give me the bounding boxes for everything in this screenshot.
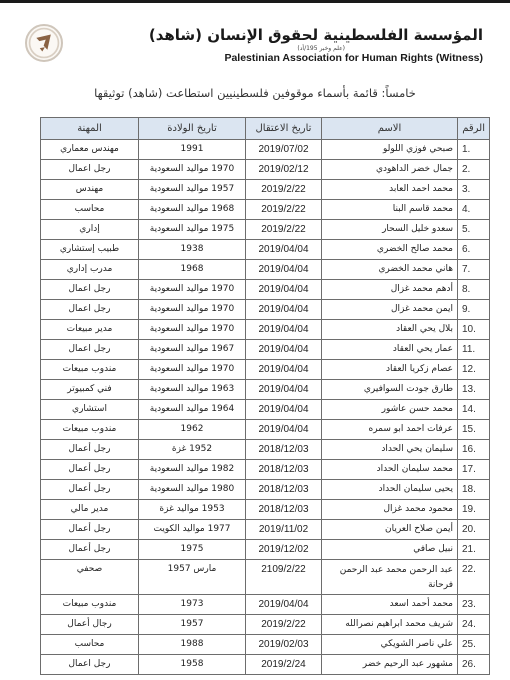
birth-info-cell: 1988 [139,635,246,655]
row-number-cell: 9. [458,300,490,320]
detainee-name-cell: محمد احمد العابد [322,180,458,200]
profession-cell: استشاري [41,400,139,420]
birth-info-cell: 1970 مواليد السعودية [139,320,246,340]
profession-cell: رجل أعمال [41,540,139,560]
arrest-date-cell: 2019/2/22 [246,615,322,635]
table-row: 6.محمد صالح الخضري2019/04/041938طبيب إست… [41,240,490,260]
table-row: 7.هاني محمد الخضري2019/04/041968مدرب إدا… [41,260,490,280]
arrest-date-cell: 2018/12/03 [246,460,322,480]
table-row: 13.طارق جودت السوافيري2019/04/041963 موا… [41,380,490,400]
detainee-name-cell: جمال خضر الداهودي [322,160,458,180]
arrest-date-cell: 2019/04/04 [246,595,322,615]
table-row: 10.بلال يحي العقاد2019/04/041970 مواليد … [41,320,490,340]
column-header-number: الرقم [458,118,490,140]
arrest-date-cell: 2018/12/03 [246,500,322,520]
birth-info-cell: 1977 مواليد الكويت [139,520,246,540]
detainee-name-cell: هاني محمد الخضري [322,260,458,280]
row-number-cell: 14. [458,400,490,420]
organization-logo-icon [25,24,63,62]
arrest-date-cell: 2018/12/03 [246,480,322,500]
table-row: 11.عمار يحي العقاد2019/04/041967 مواليد … [41,340,490,360]
profession-cell: مندوب مبيعات [41,360,139,380]
row-number-cell: 12. [458,360,490,380]
profession-cell: رجل اعمال [41,160,139,180]
detainee-name-cell: محمود محمد غزال [322,500,458,520]
table-row: 22.عبد الرحمن محمد عبد الرحمن فرحانة2109… [41,560,490,595]
arrest-date-cell: 2019/04/04 [246,360,322,380]
detainee-name-cell: طارق جودت السوافيري [322,380,458,400]
row-number-cell: 4. [458,200,490,220]
row-number-cell: 13. [458,380,490,400]
birth-info-cell: 1970 مواليد السعودية [139,280,246,300]
birth-info-cell: 1952 غزة [139,440,246,460]
row-number-cell: 26. [458,655,490,675]
organization-name-english: Palestinian Association for Human Rights… [224,52,483,64]
profession-cell: رجل أعمال [41,440,139,460]
arrest-date-cell: 2019/07/02 [246,140,322,160]
organization-name-arabic: المؤسسة الفلسطينية لحقوق الإنسان (شاهد) [149,26,483,44]
profession-cell: رجل أعمال [41,460,139,480]
arrest-date-cell: 2109/2/22 [246,560,322,595]
row-number-cell: 5. [458,220,490,240]
birth-info-cell: 1963 مواليد السعودية [139,380,246,400]
birth-info-cell: 1957 [139,615,246,635]
table-row: 5.سعدو خليل السحار2019/2/221975 مواليد ا… [41,220,490,240]
detainee-name-cell: عبد الرحمن محمد عبد الرحمن فرحانة [322,560,458,595]
profession-cell: فني كمبيوتر [41,380,139,400]
row-number-cell: 21. [458,540,490,560]
arrest-date-cell: 2019/04/04 [246,420,322,440]
profession-cell: رجل اعمال [41,340,139,360]
arrest-date-cell: 2019/04/04 [246,380,322,400]
arrest-date-cell: 2019/2/22 [246,220,322,240]
table-row: 2.جمال خضر الداهودي2019/02/121970 مواليد… [41,160,490,180]
table-row: 20.أيمن صلاح العريان2019/11/021977 موالي… [41,520,490,540]
table-row: 4.محمد قاسم البنا2019/2/221968 مواليد ال… [41,200,490,220]
table-row: 12.عصام زكريا العقاد2019/04/041970 موالي… [41,360,490,380]
arrest-date-cell: 2019/11/02 [246,520,322,540]
detainee-name-cell: عمار يحي العقاد [322,340,458,360]
detainee-name-cell: أيمن صلاح العريان [322,520,458,540]
birth-info-cell: 1968 [139,260,246,280]
profession-cell: رجل اعمال [41,655,139,675]
arrest-date-cell: 2019/02/12 [246,160,322,180]
birth-info-cell: 1953 مواليد غزة [139,500,246,520]
birth-info-cell: 1970 مواليد السعودية [139,360,246,380]
column-header-birth: تاريخ الولادة [139,118,246,140]
row-number-cell: 6. [458,240,490,260]
table-body: 1.صبحي فوزي اللولو2019/07/021991مهندس مع… [41,140,490,675]
row-number-cell: 1. [458,140,490,160]
row-number-cell: 18. [458,480,490,500]
detainee-name-cell: سليمان يحي الحداد [322,440,458,460]
registration-number: (علم وخبر 195/أد) [297,45,345,52]
detainee-name-cell: شريف محمد ابراهيم نصرالله [322,615,458,635]
birth-info-cell: 1968 مواليد السعودية [139,200,246,220]
table-row: 24.شريف محمد ابراهيم نصرالله2019/2/22195… [41,615,490,635]
arrest-date-cell: 2019/04/04 [246,300,322,320]
profession-cell: رجل اعمال [41,300,139,320]
arrest-date-cell: 2019/04/04 [246,240,322,260]
detainee-name-cell: نبيل صافي [322,540,458,560]
table-row: 15.عرفات احمد ابو سمره2019/04/041962مندو… [41,420,490,440]
arrest-date-cell: 2019/2/22 [246,180,322,200]
profession-cell: رجال أعمال [41,615,139,635]
profession-cell: مندوب مبيعات [41,420,139,440]
row-number-cell: 11. [458,340,490,360]
row-number-cell: 2. [458,160,490,180]
row-number-cell: 24. [458,615,490,635]
row-number-cell: 25. [458,635,490,655]
birth-info-cell: 1962 [139,420,246,440]
profession-cell: إداري [41,220,139,240]
arrest-date-cell: 2018/12/03 [246,440,322,460]
detainee-name-cell: محمد قاسم البنا [322,200,458,220]
column-header-profession: المهنة [41,118,139,140]
row-number-cell: 3. [458,180,490,200]
row-number-cell: 15. [458,420,490,440]
table-row: 21.نبيل صافي2019/12/021975رجل أعمال [41,540,490,560]
profession-cell: محاسب [41,635,139,655]
birth-info-cell: 1970 مواليد السعودية [139,160,246,180]
birth-info-cell: 1938 [139,240,246,260]
arrest-date-cell: 2019/04/04 [246,340,322,360]
table-row: 3.محمد احمد العابد2019/2/221957 مواليد ا… [41,180,490,200]
table-row: 19.محمود محمد غزال2018/12/031953 مواليد … [41,500,490,520]
table-row: 18.يحيى سليمان الحداد2018/12/031980 موال… [41,480,490,500]
birth-info-cell: 1973 [139,595,246,615]
arrest-date-cell: 2019/04/04 [246,320,322,340]
profession-cell: محاسب [41,200,139,220]
birth-info-cell: 1980 مواليد السعودية [139,480,246,500]
arrest-date-cell: 2019/04/04 [246,280,322,300]
detainee-name-cell: محمد حسن عاشور [322,400,458,420]
profession-cell: مهندس معماري [41,140,139,160]
arrest-date-cell: 2019/04/04 [246,400,322,420]
profession-cell: صحفي [41,560,139,595]
birth-info-cell: 1958 [139,655,246,675]
profession-cell: مدير مالي [41,500,139,520]
row-number-cell: 7. [458,260,490,280]
detainee-name-cell: صبحي فوزي اللولو [322,140,458,160]
arrest-date-cell: 2019/04/04 [246,260,322,280]
row-number-cell: 10. [458,320,490,340]
detainee-name-cell: ايمن محمد غزال [322,300,458,320]
detainee-name-cell: يحيى سليمان الحداد [322,480,458,500]
profession-cell: مدير مبيعات [41,320,139,340]
row-number-cell: 8. [458,280,490,300]
section-title: خامساً: قائمة بأسماء موقوفين فلسطينيين ا… [0,86,510,100]
arrest-date-cell: 2019/2/24 [246,655,322,675]
table-row: 9.ايمن محمد غزال2019/04/041970 مواليد ال… [41,300,490,320]
row-number-cell: 23. [458,595,490,615]
table-row: 14.محمد حسن عاشور2019/04/041964 مواليد ا… [41,400,490,420]
column-header-name: الاسم [322,118,458,140]
column-header-arrest-date: تاريخ الاعتقال [246,118,322,140]
detainees-table: الرقم الاسم تاريخ الاعتقال تاريخ الولادة… [40,117,490,675]
birth-info-cell: مارس 1957 [139,560,246,595]
profession-cell: طبيب إستشاري [41,240,139,260]
birth-info-cell: 1964 مواليد السعودية [139,400,246,420]
detainee-name-cell: سعدو خليل السحار [322,220,458,240]
birth-info-cell: 1991 [139,140,246,160]
birth-info-cell: 1975 مواليد السعودية [139,220,246,240]
birth-info-cell: 1975 [139,540,246,560]
profession-cell: رجل أعمال [41,480,139,500]
detainee-name-cell: علي ناصر الشويكي [322,635,458,655]
row-number-cell: 19. [458,500,490,520]
table-row: 16.سليمان يحي الحداد2018/12/031952 غزةرج… [41,440,490,460]
table-row: 25.علي ناصر الشويكي2019/02/031988محاسب [41,635,490,655]
profession-cell: مهندس [41,180,139,200]
table-row: 8.أدهم محمد غزال2019/04/041970 مواليد ال… [41,280,490,300]
detainee-name-cell: بلال يحي العقاد [322,320,458,340]
detainee-name-cell: مشهور عبد الرحيم خضر [322,655,458,675]
detainee-name-cell: محمد صالح الخضري [322,240,458,260]
profession-cell: مندوب مبيعات [41,595,139,615]
table-header-row: الرقم الاسم تاريخ الاعتقال تاريخ الولادة… [41,118,490,140]
table-row: 17.محمد سليمان الحداد2018/12/031982 موال… [41,460,490,480]
table-row: 23.محمد أحمد اسعد2019/04/041973مندوب مبي… [41,595,490,615]
detainee-name-cell: عصام زكريا العقاد [322,360,458,380]
table-row: 26.مشهور عبد الرحيم خضر2019/2/241958رجل … [41,655,490,675]
birth-info-cell: 1970 مواليد السعودية [139,300,246,320]
arrest-date-cell: 2019/2/22 [246,200,322,220]
row-number-cell: 20. [458,520,490,540]
detainee-name-cell: محمد سليمان الحداد [322,460,458,480]
detainee-name-cell: عرفات احمد ابو سمره [322,420,458,440]
profession-cell: رجل أعمال [41,520,139,540]
row-number-cell: 17. [458,460,490,480]
birth-info-cell: 1967 مواليد السعودية [139,340,246,360]
detainee-name-cell: أدهم محمد غزال [322,280,458,300]
arrest-date-cell: 2019/12/02 [246,540,322,560]
profession-cell: رجل اعمال [41,280,139,300]
profession-cell: مدرب إداري [41,260,139,280]
table-row: 1.صبحي فوزي اللولو2019/07/021991مهندس مع… [41,140,490,160]
arrest-date-cell: 2019/02/03 [246,635,322,655]
detainee-name-cell: محمد أحمد اسعد [322,595,458,615]
top-border [0,0,510,3]
birth-info-cell: 1957 مواليد السعودية [139,180,246,200]
row-number-cell: 22. [458,560,490,595]
row-number-cell: 16. [458,440,490,460]
birth-info-cell: 1982 مواليد السعودية [139,460,246,480]
